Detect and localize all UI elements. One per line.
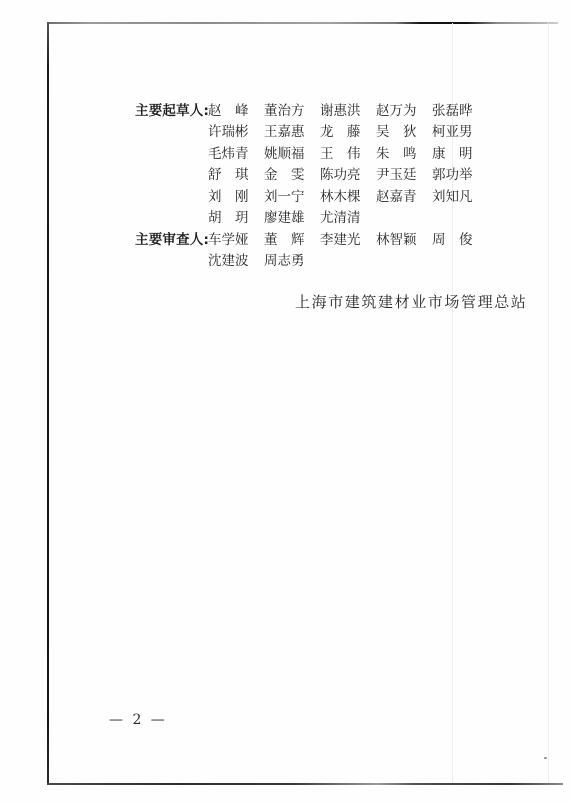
page-number: — 2 — [109,712,167,728]
drafter-name: 朱 鸣 [376,144,417,165]
drafter-name: 陈功亮 [320,165,361,186]
drafters-row-4: 舒 琪 金 雯 陈功亮 尹玉廷 郭功举 [135,165,535,186]
drafter-name: 龙 藤 [320,122,361,143]
drafter-name: 谢惠洪 [320,101,361,122]
credits-block: 主要起草人: 赵 峰 董治方 谢惠洪 赵万为 张磊晔 许瑞彬 王嘉惠 龙 藤 吴… [135,101,535,273]
organization-name: 上海市建筑建材业市场管理总站 [295,291,527,312]
drafter-name: 姚顺福 [264,144,305,165]
drafter-name: 康 明 [432,144,473,165]
scan-artifact-dot [544,757,547,759]
drafter-name: 许瑞彬 [208,122,249,143]
drafter-name: 董治方 [264,101,305,122]
drafter-name: 舒 琪 [208,165,249,186]
reviewer-name: 林智颖 [376,230,417,251]
page-edge-bottom-line [47,783,563,785]
reviewers-row-1: 主要审查人: 车学娅 董 辉 李建光 林智颖 周 俊 [135,230,535,251]
reviewer-name: 车学娅 [208,230,249,251]
drafters-row-6: 胡 玥 廖建雄 尤清清 [135,208,535,229]
scan-artifact-line [548,23,549,783]
drafter-name: 张磊晔 [432,101,473,122]
reviewers-row-2: 沈建波 周志勇 [135,251,535,272]
drafter-name: 赵 峰 [208,101,249,122]
drafters-row-3: 毛炜青 姚顺福 王 伟 朱 鸣 康 明 [135,144,535,165]
drafters-label: 主要起草人: [135,101,208,122]
page-edge-left-line [47,22,49,785]
scanned-document-page: 主要起草人: 赵 峰 董治方 谢惠洪 赵万为 张磊晔 许瑞彬 王嘉惠 龙 藤 吴… [0,0,570,804]
drafters-row-2: 许瑞彬 王嘉惠 龙 藤 吴 狄 柯亚男 [135,122,535,143]
reviewer-name: 沈建波 [208,251,249,272]
drafter-name: 刘一宁 [264,187,305,208]
reviewer-name: 周志勇 [264,251,305,272]
drafter-name: 王嘉惠 [264,122,305,143]
drafter-name: 毛炜青 [208,144,249,165]
drafter-name: 刘 刚 [208,187,249,208]
drafter-name: 赵万为 [376,101,417,122]
reviewer-name: 周 俊 [432,230,473,251]
drafter-name: 柯亚男 [432,122,473,143]
drafter-name: 胡 玥 [208,208,249,229]
drafter-name: 赵嘉青 [376,187,417,208]
drafter-name: 金 雯 [264,165,305,186]
drafter-name: 尹玉廷 [376,165,417,186]
reviewer-name: 董 辉 [264,230,305,251]
drafter-name: 郭功举 [432,165,473,186]
drafter-name: 林木棵 [320,187,361,208]
drafter-name: 刘知凡 [432,187,473,208]
drafter-name: 廖建雄 [264,208,305,229]
drafter-name: 吴 狄 [376,122,417,143]
page-edge-top-line [48,22,558,24]
reviewers-label: 主要审查人: [135,230,208,251]
drafters-row-1: 主要起草人: 赵 峰 董治方 谢惠洪 赵万为 张磊晔 [135,101,535,122]
drafters-row-5: 刘 刚 刘一宁 林木棵 赵嘉青 刘知凡 [135,187,535,208]
drafter-name: 尤清清 [320,208,361,229]
reviewer-name: 李建光 [320,230,361,251]
drafter-name: 王 伟 [320,144,361,165]
